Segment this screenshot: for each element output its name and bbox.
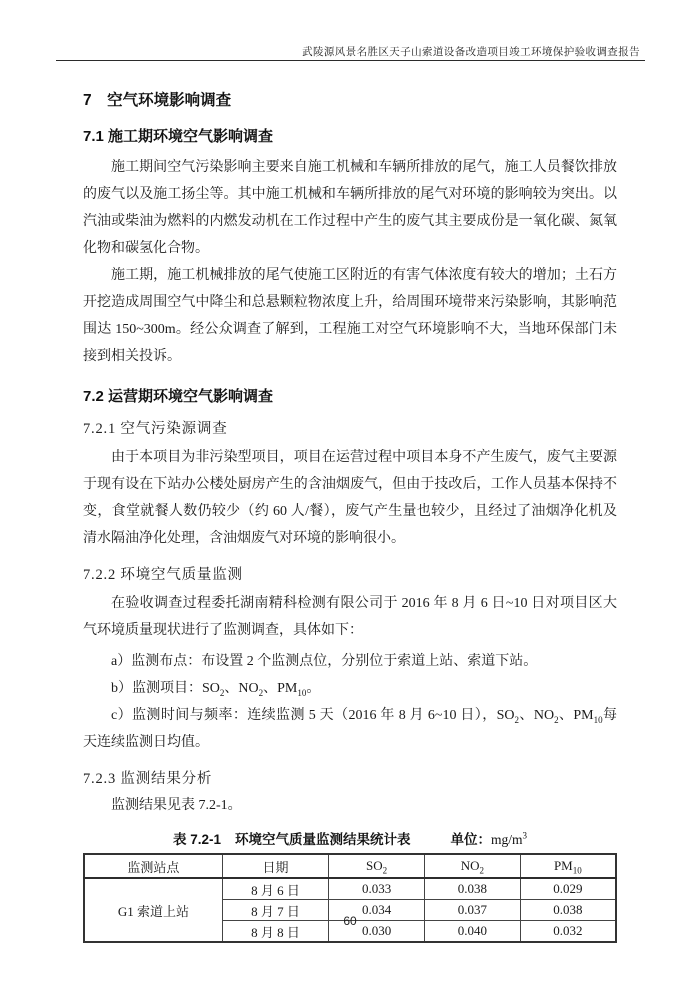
table-caption-label: 表 7.2-1 <box>173 828 221 848</box>
column-header-so2: SO2 <box>329 854 425 878</box>
section-heading-7-2-2: 7.2.2 环境空气质量监测 <box>83 563 617 584</box>
column-header-station: 监测站点 <box>84 854 222 878</box>
no2-value: 0.038 <box>424 878 520 900</box>
list-item-b-prefix: b）监测项目： <box>111 681 202 696</box>
document-page: 武陵源风景名胜区天子山索道设备改造项目竣工环境保护验收调查报告 7 空气环境影响… <box>0 0 700 990</box>
table-caption-title: 环境空气质量监测结果统计表 <box>235 828 411 848</box>
paragraph-construction-sources: 施工期间空气污染影响主要来自施工机械和车辆所排放的尾气，施工人员餐饮排放的废气以… <box>83 154 617 262</box>
page-number: 60 <box>0 914 700 928</box>
column-header-date: 日期 <box>222 854 328 878</box>
column-header-no2: NO2 <box>424 854 520 878</box>
chem-pm10: PM10 <box>277 681 306 696</box>
table-unit-label: 单位： <box>451 832 492 847</box>
paragraph-results-ref: 监测结果见表 7.2-1。 <box>83 792 617 819</box>
date-cell: 8 月 6 日 <box>222 878 328 900</box>
table-header-row: 监测站点 日期 SO2 NO2 PM10 <box>84 854 616 878</box>
chem-no2: NO2 <box>238 681 263 696</box>
section-heading-7-1: 7.1 施工期环境空气影响调查 <box>83 125 617 146</box>
pm10-value: 0.029 <box>520 878 616 900</box>
station-cell: G1 索道上站 <box>84 878 222 942</box>
page-content: 7 空气环境影响调查 7.1 施工期环境空气影响调查 施工期间空气污染影响主要来… <box>83 84 617 943</box>
chem-so2: SO2 <box>497 708 519 723</box>
section-heading-7-2-3: 7.2.3 监测结果分析 <box>83 767 617 788</box>
table-row: G1 索道上站 8 月 6 日 0.033 0.038 0.029 <box>84 878 616 900</box>
header-rule-divider <box>56 60 645 61</box>
list-item-c: c）监测时间与频率：连续监测 5 天（2016 年 8 月 6~10 日），SO… <box>83 702 617 756</box>
paragraph-construction-impact: 施工期，施工机械排放的尾气使施工区附近的有害气体浓度有较大的增加；土石方开挖造成… <box>83 262 617 370</box>
running-header: 武陵源风景名胜区天子山索道设备改造项目竣工环境保护验收调查报告 <box>302 44 640 59</box>
so2-value: 0.033 <box>329 878 425 900</box>
chem-so2: SO2 <box>202 681 224 696</box>
column-header-pm10: PM10 <box>520 854 616 878</box>
paragraph-monitoring-intro: 在验收调查过程委托湖南精科检测有限公司于 2016 年 8 月 6 日~10 日… <box>83 590 617 644</box>
table-unit-value: mg/m3 <box>491 832 527 847</box>
section-heading-7: 7 空气环境影响调查 <box>83 88 617 110</box>
section-heading-7-2-1: 7.2.1 空气污染源调查 <box>83 417 617 438</box>
section-heading-7-2: 7.2 运营期环境空气影响调查 <box>83 385 617 406</box>
table-caption-row: 表 7.2-1 环境空气质量监测结果统计表 单位：mg/m3 <box>83 828 617 848</box>
list-item-a: a）监测布点：布设置 2 个监测点位，分别位于索道上站、索道下站。 <box>83 648 617 675</box>
chem-no2: NO2 <box>534 708 559 723</box>
chem-pm10: PM10 <box>573 708 602 723</box>
list-item-c-prefix: c）监测时间与频率：连续监测 5 天（2016 年 8 月 6~10 日）， <box>111 708 497 723</box>
table-unit: 单位：mg/m3 <box>451 828 528 848</box>
list-item-b: b）监测项目：SO2、NO2、PM10。 <box>83 675 617 702</box>
paragraph-operation-sources: 由于本项目为非污染型项目，项目在运营过程中项目本身不产生废气，废气主要源于现有设… <box>83 444 617 552</box>
table-caption: 表 7.2-1 环境空气质量监测结果统计表 <box>173 828 411 848</box>
air-quality-results-table: 监测站点 日期 SO2 NO2 PM10 G1 索道上站 8 月 6 日 0.0… <box>83 853 617 943</box>
